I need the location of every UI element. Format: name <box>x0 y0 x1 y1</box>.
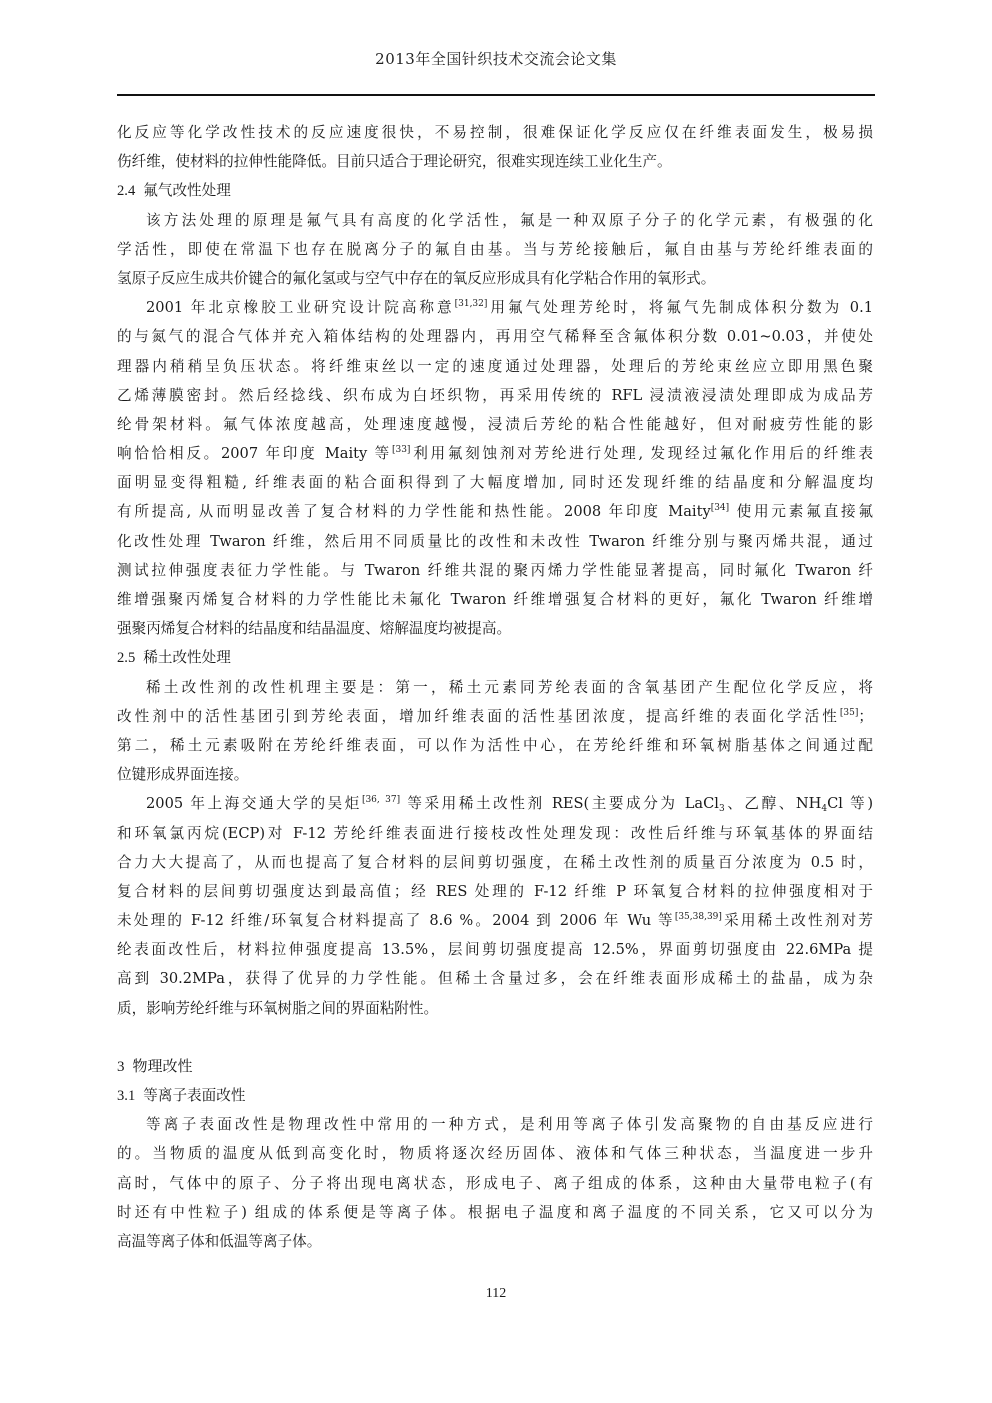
text-span: 用氟气处理芳纶时，将氟气先制成体积分数为 0.1 <box>487 299 873 316</box>
section-number: 3.1 <box>117 1088 135 1104</box>
text-line: 高时，气体中的原子、分子将出现电离状态，形成电子、离子组成的体系，这种由大量带电… <box>117 1169 873 1198</box>
text-span: 等采用稀土改性剂 RES(主要成分为 LaCl <box>400 795 719 812</box>
text-line: 第二，稀土元素吸附在芳纶纤维表面，可以作为活性中心，在芳纶纤维和环氧树脂基体之间… <box>117 731 873 760</box>
text-line: 高温等离子体和低温等离子体。 <box>117 1227 873 1256</box>
text-line: 化改性处理 Twaron 纤维，然后用不同质量比的改性和未改性 Twaron 纤… <box>117 527 873 556</box>
text-line: 纶骨架材料。氟气体浓度越高，处理速度越慢，浸渍后芳纶的粘合性能越好，但对耐疲劳性… <box>117 410 873 439</box>
section-title: 等离子表面改性 <box>143 1087 245 1104</box>
citation-ref: [35,38,39] <box>675 912 722 922</box>
text-line: 化反应等化学改性技术的反应速度很快，不易控制，很难保证化学反应仅在纤维表面发生，… <box>117 118 873 147</box>
text-line: 伤纤维，使材料的拉伸性能降低。目前只适合于理论研究，很难实现连续工业化生产。 <box>117 147 873 176</box>
text-line: 时还有中性粒子) 组成的体系便是等离子体。根据电子温度和离子温度的不同关系，它又… <box>117 1198 873 1227</box>
text-span: ； <box>858 708 873 725</box>
running-header-title: 2013年全国针织技术交流会论文集 <box>117 48 875 69</box>
section-title: 物理改性 <box>133 1057 193 1075</box>
header-rule <box>117 94 875 96</box>
text-line: 改性剂中的活性基团引到芳纶表面，增加纤维表面的活性基团浓度，提高纤维的表面化学活… <box>117 702 873 731</box>
text-line: 纶表面改性后，材料拉伸强度提高 13.5%，层间剪切强度提高 12.5%，界面剪… <box>117 935 873 964</box>
section-heading-2-4: 2.4氟气改性处理 <box>117 176 873 205</box>
text-line: 稀土改性剂的改性机理主要是：第一，稀土元素同芳纶表面的含氧基团产生配位化学反应，… <box>117 673 873 702</box>
text-line: 未处理的 F-12 纤维/环氧复合材料提高了 8.6 %。2004 到 2006… <box>117 906 873 935</box>
text-line: 有所提高, 从而明显改善了复合材料的力学性能和热性能。2008 年印度 Mait… <box>117 497 873 526</box>
text-line: 的与氮气的混合气体并充入箱体结构的处理器内，再用空气稀释至含氟体积分数 0.01… <box>117 322 873 351</box>
spacer <box>117 1023 873 1052</box>
section-heading-3: 3物理改性 <box>117 1052 873 1081</box>
text-line: 测试拉伸强度表征力学性能。与 Twaron 纤维共混的聚丙烯力学性能显著提高，同… <box>117 556 873 585</box>
text-line: 等离子表面改性是物理改性中常用的一种方式，是利用等离子体引发高聚物的自由基反应进… <box>117 1110 873 1139</box>
text-span: 采用稀土改性剂对芳 <box>722 912 873 929</box>
page-body: 化反应等化学改性技术的反应速度很快，不易控制，很难保证化学反应仅在纤维表面发生，… <box>117 118 873 1256</box>
text-line: 和环氧氯丙烷(ECP)对 F-12 芳纶纤维表面进行接枝改性处理发现：改性后纤维… <box>117 819 873 848</box>
text-span: 2001 年北京橡胶工业研究设计院高称意 <box>146 299 455 316</box>
text-line: 维增强聚丙烯复合材料的力学性能比未氟化 Twaron 纤维增强复合材料的更好，氟… <box>117 585 873 614</box>
citation-ref: [33] <box>392 445 410 455</box>
paragraph-rare-earth-studies: 2005 年上海交通大学的吴炬[36, 37] 等采用稀土改性剂 RES(主要成… <box>117 789 873 1023</box>
text-span: Cl 等) <box>827 795 873 812</box>
text-line: 响恰恰相反。2007 年印度 Maity 等[33]利用氟刻蚀剂对芳纶进行处理,… <box>117 439 873 468</box>
text-line: 氢原子反应生成共价键合的氟化氢或与空气中存在的氧反应形成具有化学粘合作用的氧形式… <box>117 264 873 293</box>
paragraph-rare-earth-mechanism: 稀土改性剂的改性机理主要是：第一，稀土元素同芳纶表面的含氧基团产生配位化学反应，… <box>117 673 873 790</box>
text-line: 合力大大提高了，从而也提高了复合材料的层间剪切强度，在稀土改性剂的质量百分浓度为… <box>117 848 873 877</box>
text-line: 的。当物质的温度从低到高变化时，物质将逐次经历固体、液体和气体三种状态，当温度进… <box>117 1139 873 1168</box>
text-span: 2005 年上海交通大学的吴炬 <box>146 795 362 812</box>
text-line: 质，影响芳纶纤维与环氧树脂之间的界面粘附性。 <box>117 994 873 1023</box>
text-span: 改性剂中的活性基团引到芳纶表面，增加纤维表面的活性基团浓度，提高纤维的表面化学活… <box>117 708 840 725</box>
text-line: 该方法处理的原理是氟气具有高度的化学活性，氟是一种双原子分子的化学元素，有极强的… <box>117 206 873 235</box>
paragraph-continued: 化反应等化学改性技术的反应速度很快，不易控制，很难保证化学反应仅在纤维表面发生，… <box>117 118 873 176</box>
citation-ref: [34] <box>711 503 729 513</box>
citation-ref: [31,32] <box>455 299 488 309</box>
text-span: 、乙醇、NH <box>725 795 822 812</box>
text-span: 响恰恰相反。2007 年印度 Maity 等 <box>117 445 392 462</box>
text-span: 利用氟刻蚀剂对芳纶进行处理, 发现经过氟化作用后的纤维表 <box>410 445 873 462</box>
section-heading-2-5: 2.5稀土改性处理 <box>117 643 873 672</box>
text-line: 2005 年上海交通大学的吴炬[36, 37] 等采用稀土改性剂 RES(主要成… <box>117 789 873 818</box>
text-line: 高到 30.2MPa，获得了优异的力学性能。但稀土含量过多，会在纤维表面形成稀土… <box>117 964 873 993</box>
section-number: 2.5 <box>117 650 135 666</box>
citation-ref: [35] <box>840 708 858 718</box>
text-line: 强聚丙烯复合材料的结晶度和结晶温度、熔解温度均被提高。 <box>117 614 873 643</box>
text-line: 复合材料的层间剪切强度达到最高值；经 RES 处理的 F-12 纤维 P 环氧复… <box>117 877 873 906</box>
citation-ref: [36, 37] <box>362 795 400 805</box>
section-number: 2.4 <box>117 183 135 199</box>
page-number: 112 <box>117 1286 875 1302</box>
paragraph-plasma: 等离子表面改性是物理改性中常用的一种方式，是利用等离子体引发高聚物的自由基反应进… <box>117 1110 873 1256</box>
text-span: 未处理的 F-12 纤维/环氧复合材料提高了 8.6 %。2004 到 2006… <box>117 912 675 929</box>
text-span: 有所提高, 从而明显改善了复合材料的力学性能和热性能。2008 年印度 Mait… <box>117 503 711 520</box>
text-line: 面明显变得粗糙, 纤维表面的粘合面积得到了大幅度增加, 同时还发现纤维的结晶度和… <box>117 468 873 497</box>
text-line: 学活性，即使在常温下也存在脱离分子的氟自由基。当与芳纶接触后，氟自由基与芳纶纤维… <box>117 235 873 264</box>
section-number: 3 <box>117 1059 125 1075</box>
text-line: 2001 年北京橡胶工业研究设计院高称意[31,32]用氟气处理芳纶时，将氟气先… <box>117 293 873 322</box>
section-title: 氟气改性处理 <box>143 182 231 199</box>
section-title: 稀土改性处理 <box>143 649 231 666</box>
text-line: 理器内稍稍呈负压状态。将纤维束丝以一定的速度通过处理器，处理后的芳纶束丝应立即用… <box>117 352 873 381</box>
paragraph-fluorine-principle: 该方法处理的原理是氟气具有高度的化学活性，氟是一种双原子分子的化学元素，有极强的… <box>117 206 873 294</box>
text-line: 乙烯薄膜密封。然后经捻线、织布成为白坯织物，再采用传统的 RFL 浸渍液浸渍处理… <box>117 381 873 410</box>
text-line: 位键形成界面连接。 <box>117 760 873 789</box>
section-heading-3-1: 3.1等离子表面改性 <box>117 1081 873 1110</box>
paragraph-fluorine-studies: 2001 年北京橡胶工业研究设计院高称意[31,32]用氟气处理芳纶时，将氟气先… <box>117 293 873 643</box>
text-span: 使用元素氟直接氟 <box>729 503 873 520</box>
